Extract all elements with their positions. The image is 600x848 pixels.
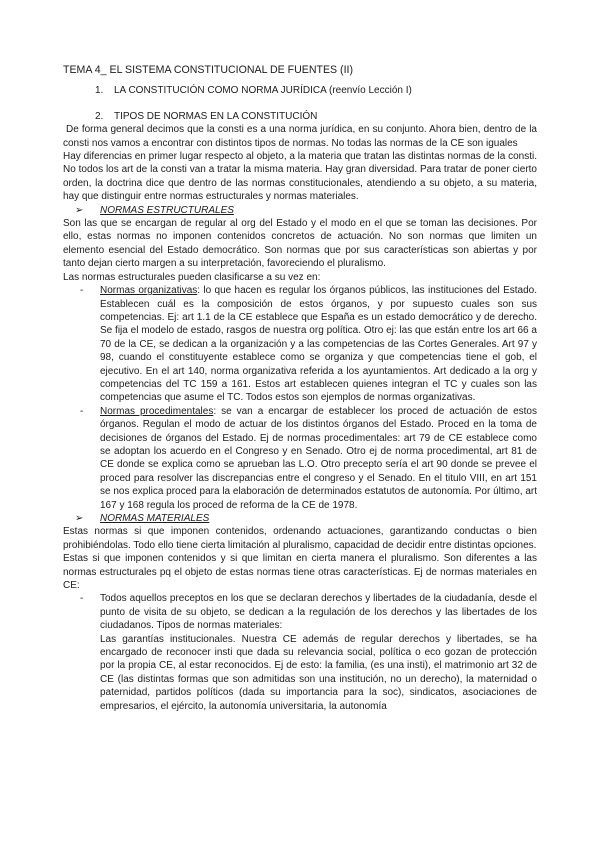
list-item-derechos-libertades: - Todos aquellos preceptos en los que se… (80, 592, 537, 713)
list-item-body: Normas organizativas: lo que hacen es re… (100, 284, 537, 405)
paragraph-materiales-1: Estas normas si que imponen contenidos, … (63, 525, 537, 552)
list-item-body: Normas procedimentales: se van a encarga… (100, 405, 537, 512)
item-number: 2. (95, 110, 114, 123)
item-text: LA CONSTITUCIÓN COMO NORMA JURÍDICA (ree… (114, 84, 412, 97)
dash-bullet-icon: - (80, 592, 100, 713)
dash-bullet-icon: - (80, 284, 100, 405)
paragraph-estructurales-1: Son las que se encargan de regular al or… (63, 217, 537, 271)
arrow-bullet-icon: ➢ (75, 204, 100, 217)
paragraph-intro-2: Hay diferencias en primer lugar respecto… (63, 150, 537, 204)
item-text: TIPOS DE NORMAS EN LA CONSTITUCIÓN (114, 110, 317, 123)
paragraph-estructurales-2: Las normas estructurales pueden clasific… (63, 271, 537, 284)
list-item-label: Normas procedimentales (100, 406, 213, 417)
list-item-normas-organizativas: - Normas organizativas: lo que hacen es … (80, 284, 537, 405)
list-item-continuation: Las garantías institucionales. Nuestra C… (100, 633, 537, 713)
numbered-item-1: 1. LA CONSTITUCIÓN COMO NORMA JURÍDICA (… (95, 84, 537, 97)
item-number: 1. (95, 84, 114, 97)
section-heading-normas-materiales: ➢NORMAS MATERIALES (75, 512, 537, 525)
list-item-normas-procedimentales: - Normas procedimentales: se van a encar… (80, 405, 537, 512)
document-title: TEMA 4_ EL SISTEMA CONSTITUCIONAL DE FUE… (63, 64, 537, 77)
section-heading-text: NORMAS ESTRUCTURALES (100, 205, 234, 216)
section-heading-normas-estructurales: ➢NORMAS ESTRUCTURALES (75, 204, 537, 217)
list-item-label: Normas organizativas (100, 285, 197, 296)
document-page: TEMA 4_ EL SISTEMA CONSTITUCIONAL DE FUE… (0, 0, 600, 848)
paragraph-materiales-2: Estas si que imponen contenidos y si que… (63, 552, 537, 592)
dash-bullet-icon: - (80, 405, 100, 512)
list-item-text: : lo que hacen es regular los órganos pú… (100, 285, 537, 403)
list-item-text: Todos aquellos preceptos en los que se d… (100, 592, 537, 632)
list-item-body: Todos aquellos preceptos en los que se d… (100, 592, 537, 713)
numbered-item-2: 2. TIPOS DE NORMAS EN LA CONSTITUCIÓN (95, 110, 537, 123)
section-heading-text: NORMAS MATERIALES (100, 513, 209, 524)
arrow-bullet-icon: ➢ (75, 512, 100, 525)
list-item-text: : se van a encargar de establecer los pr… (100, 406, 537, 511)
paragraph-intro-1: De forma general decimos que la consti e… (63, 123, 537, 150)
